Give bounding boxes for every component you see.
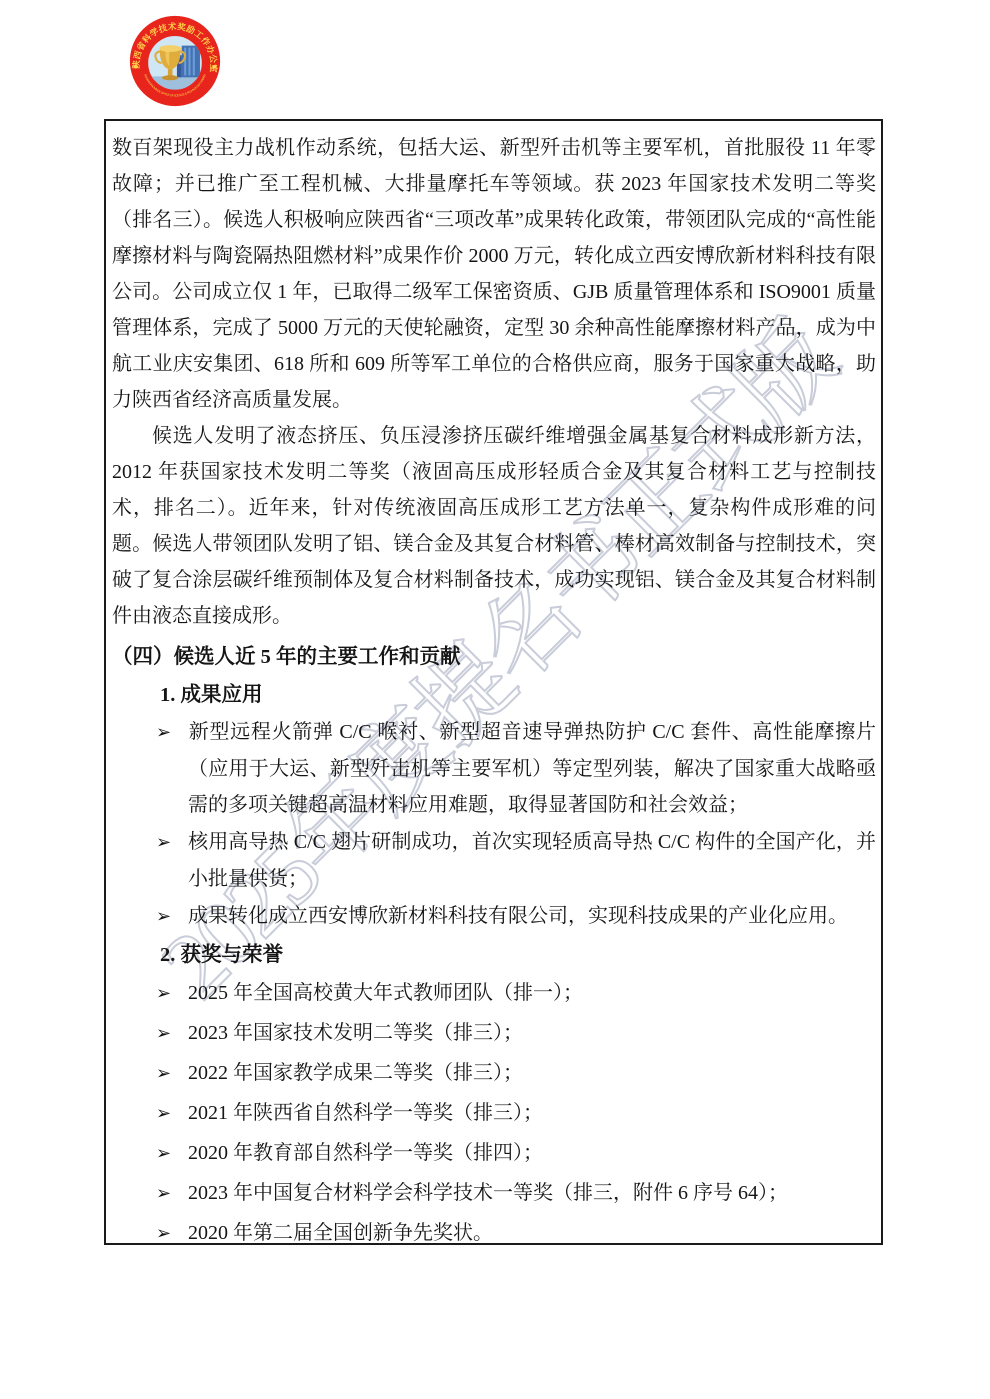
bullet-item: ➢2023 年中国复合材料学会科学技术一等奖（排三，附件 6 序号 64）；	[112, 1175, 876, 1212]
arrow-bullet-icon: ➢	[156, 1096, 188, 1132]
bullet-text: 2023 年国家技术发明二等奖（排三）；	[188, 1022, 523, 1044]
bullet-item: ➢2020 年第二届全国创新争先奖状。	[112, 1215, 876, 1245]
bullet-item: ➢新型远程火箭弹 C/C 喉衬、新型超音速导弹热防护 C/C 套件、高性能摩擦片…	[112, 714, 876, 823]
paragraph-invention-methods: 候选人发明了液态挤压、负压浸渗挤压碳纤维增强金属基复合材料成形新方法，2012 …	[112, 418, 876, 634]
bullet-text: 2021 年陕西省自然科学一等奖（排三）；	[188, 1102, 543, 1124]
bullet-item: ➢核用高导热 C/C 翅片研制成功，首次实现轻质高导热 C/C 构件的全国产化，…	[112, 824, 876, 897]
section-4-heading: （四）候选人近 5 年的主要工作和贡献	[112, 639, 876, 675]
bullet-text: 核用高导热 C/C 翅片研制成功，首次实现轻质高导热 C/C 构件的全国产化，并…	[188, 831, 876, 890]
seal-photo	[148, 36, 202, 90]
bullet-text: 成果转化成立西安博欣新材料科技有限公司，实现科技成果的产业化应用。	[188, 905, 848, 927]
document-page: 2025年度提名书正式版	[0, 0, 990, 1399]
bullet-item: ➢成果转化成立西安博欣新材料科技有限公司，实现科技成果的产业化应用。	[112, 898, 876, 935]
arrow-bullet-icon: ➢	[156, 825, 188, 861]
arrow-bullet-icon: ➢	[156, 1136, 188, 1172]
subsection-2-heading: 2. 获奖与荣誉	[160, 937, 876, 973]
arrow-bullet-icon: ➢	[156, 976, 188, 1012]
bullet-item: ➢2025 年全国高校黄大年式教师团队（排一）；	[112, 975, 876, 1012]
award-office-seal-logo: 陕西省科学技术奖励工作办公室 SHAANXI PROVINCE OFFICE O…	[127, 13, 223, 109]
arrow-bullet-icon: ➢	[156, 1016, 188, 1052]
arrow-bullet-icon: ➢	[156, 715, 188, 751]
bullet-text: 2020 年教育部自然科学一等奖（排四）；	[188, 1142, 543, 1164]
arrow-bullet-icon: ➢	[156, 1216, 188, 1245]
bullet-text: 2022 年国家教学成果二等奖（排三）；	[188, 1062, 523, 1084]
bullet-text: 2023 年中国复合材料学会科学技术一等奖（排三，附件 6 序号 64）；	[188, 1182, 788, 1204]
paragraph-company-transfer: 数百架现役主力战机作动系统，包括大运、新型歼击机等主要军机，首批服役 11 年零…	[112, 130, 876, 418]
arrow-bullet-icon: ➢	[156, 1176, 188, 1212]
arrow-bullet-icon: ➢	[156, 1056, 188, 1092]
arrow-bullet-icon: ➢	[156, 899, 188, 935]
bullet-item: ➢2022 年国家教学成果二等奖（排三）；	[112, 1055, 876, 1092]
subsection-1-heading: 1. 成果应用	[160, 677, 876, 713]
bullet-item: ➢2020 年教育部自然科学一等奖（排四）；	[112, 1135, 876, 1172]
achievement-application-list: ➢新型远程火箭弹 C/C 喉衬、新型超音速导弹热防护 C/C 套件、高性能摩擦片…	[112, 714, 876, 935]
bullet-text: 新型远程火箭弹 C/C 喉衬、新型超音速导弹热防护 C/C 套件、高性能摩擦片（…	[188, 721, 876, 816]
document-body-box: 数百架现役主力战机作动系统，包括大运、新型歼击机等主要军机，首批服役 11 年零…	[104, 119, 883, 1245]
bullet-text: 2025 年全国高校黄大年式教师团队（排一）；	[188, 982, 583, 1004]
bullet-text: 2020 年第二届全国创新争先奖状。	[188, 1222, 493, 1244]
bullet-item: ➢2023 年国家技术发明二等奖（排三）；	[112, 1015, 876, 1052]
awards-honors-list: ➢2025 年全国高校黄大年式教师团队（排一）；➢2023 年国家技术发明二等奖…	[112, 975, 876, 1245]
bullet-item: ➢2021 年陕西省自然科学一等奖（排三）；	[112, 1095, 876, 1132]
